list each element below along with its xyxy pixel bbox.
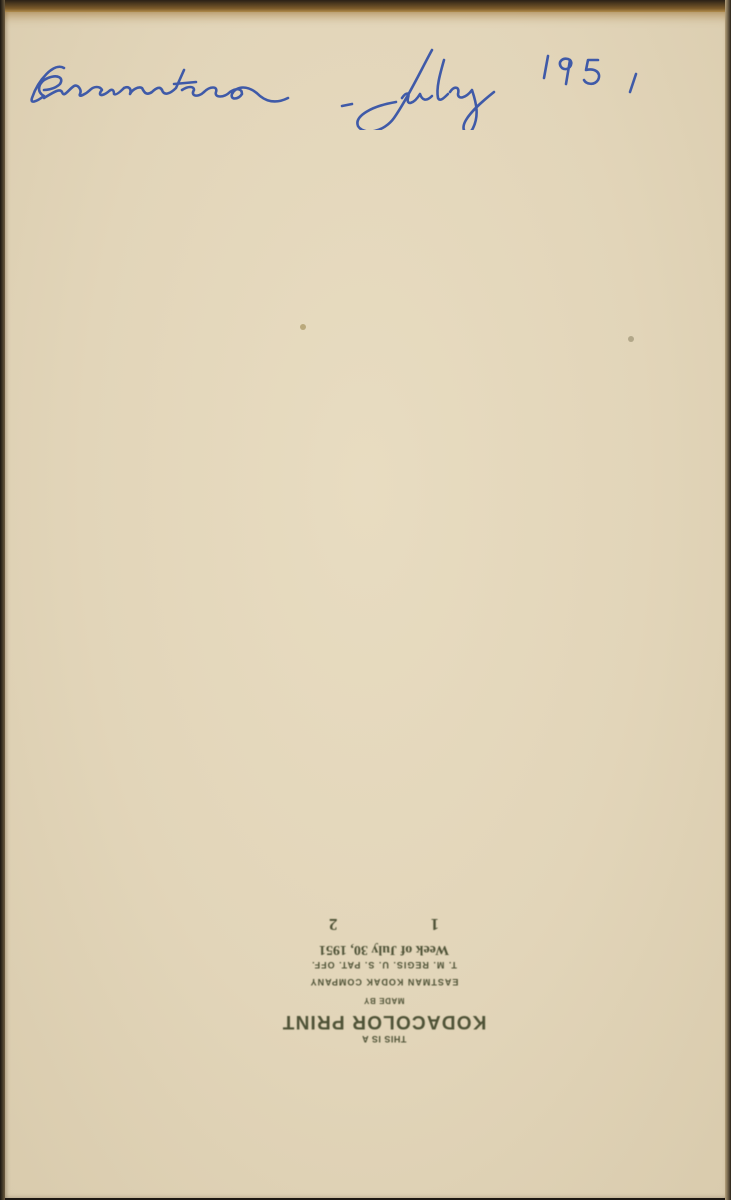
photo-back-scan: Encinitas - July 1951	[0, 0, 731, 1200]
scan-left-edge	[0, 0, 5, 1200]
handwritten-caption: Encinitas - July 1951	[24, 40, 664, 130]
stamp-this-is: THIS IS A	[254, 1034, 514, 1043]
kodacolor-backprint-stamp: THIS IS A KODACOLOR PRINT MADE BY EASTMA…	[254, 882, 514, 1047]
stamp-week: Week of July 30, 1951	[254, 942, 514, 956]
paper-speck	[628, 336, 634, 342]
photo-card-back: Encinitas - July 1951	[4, 10, 726, 1198]
stamp-brand: KODACOLOR PRINT	[254, 1012, 514, 1031]
scan-top-edge	[0, 0, 731, 12]
stamp-company: EASTMAN KODAK COMPANY	[254, 977, 514, 986]
stamp-number-left: 1	[431, 914, 440, 934]
stamp-numbers: 1 2	[329, 914, 439, 934]
handwriting-ink	[24, 40, 664, 130]
stamp-number-right: 2	[329, 914, 338, 934]
scan-right-edge	[725, 0, 731, 1200]
stamp-trademark: T. M. REGIS. U. S. PAT. OFF.	[254, 960, 514, 969]
paper-speck	[300, 324, 306, 330]
stamp-made-by: MADE BY	[254, 996, 514, 1004]
